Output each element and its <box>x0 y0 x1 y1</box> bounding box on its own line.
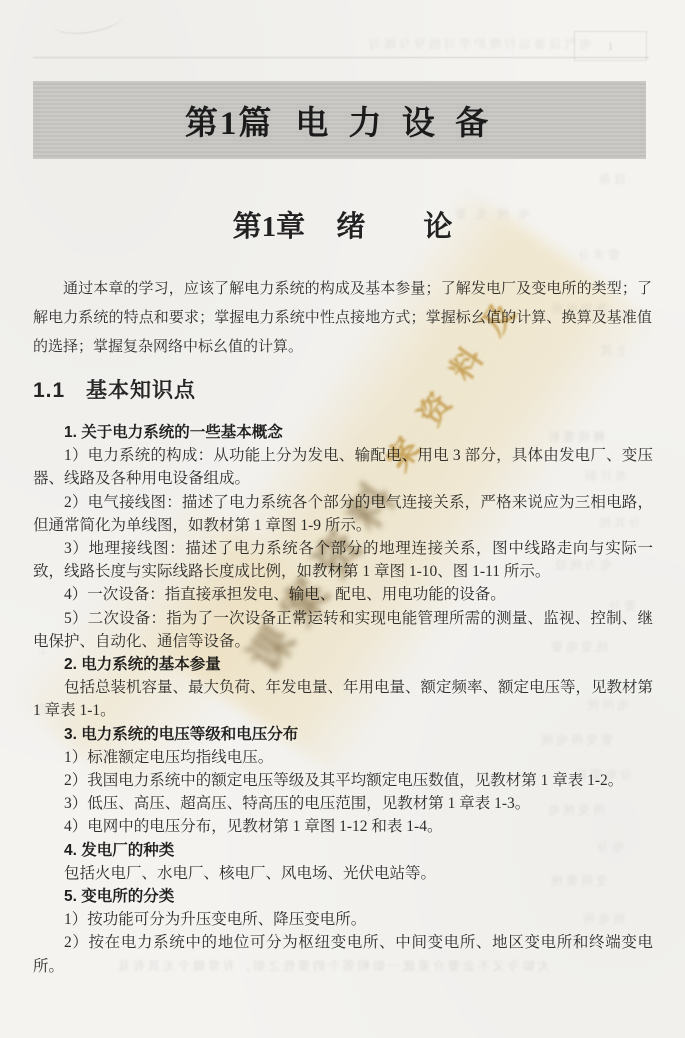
part-title: 电 力 设 备 <box>295 97 494 144</box>
kp-item: 1）电力系统的构成：从功能上分为发电、输配电、用电 3 部分，具体由发电厂、变压… <box>33 444 653 490</box>
kp-heading: 1. 关于电力系统的一些基本概念 <box>33 421 653 444</box>
kp-item: 包括总装机容量、最大负荷、年发电量、年用电量、额定频率、额定电压等，见教材第 1… <box>33 676 653 722</box>
section-number: 1.1 <box>33 379 65 402</box>
part-label: 第1篇 <box>185 97 274 144</box>
kp-item: 4）一次设备：指直接承担发电、输电、配电、用电功能的设备。 <box>33 583 653 606</box>
kp-item: 3）地理接线图：描述了电力系统各个部分的地理连接关系，图中线路走向与实际一致，线… <box>33 537 653 583</box>
kp-item: 2）我国电力系统中的额定电压等级及其平均额定电压数值，见教材第 1 章表 1-2… <box>33 769 653 792</box>
chapter-title: 绪 论 <box>336 211 452 243</box>
knowledge-points: 1. 关于电力系统的一些基本概念 1）电力系统的构成：从功能上分为发电、输配电、… <box>33 421 653 978</box>
chapter-heading: 第1章 绪 论 <box>0 204 685 245</box>
kp-item: 2）按在电力系统中的地位可分为枢纽变电所、中间变电所、地区变电所和终端变电所。 <box>33 931 653 977</box>
section-title: 基本知识点 <box>86 379 196 402</box>
kp-heading: 3. 电力系统的电压等级和电压分布 <box>33 723 653 746</box>
kp-item: 1）按功能可分为升压变电所、降压变电所。 <box>33 908 653 931</box>
scanned-book-page: 1 电气设备运行维护学习指导与练习设备电 统 支 要要求分备用电所主其概统要析类… <box>0 0 685 1038</box>
part-banner: 第1篇 电 力 设 备 <box>33 81 646 159</box>
chapter-label: 第1章 <box>233 211 306 243</box>
kp-item: 2）电气接线图：描述了电力系统各个部分的电气连接关系，严格来说应为三相电路，但通… <box>33 491 653 537</box>
kp-item: 3）低压、高压、超高压、特高压的电压范围，见教材第 1 章表 1-3。 <box>33 792 653 815</box>
printed-content: 第1篇 电 力 设 备 第1章 绪 论 通过本章的学习，应该了解电力系统的构成及… <box>0 0 685 1038</box>
kp-item: 1）标准额定电压均指线电压。 <box>33 746 653 769</box>
section-heading: 1.1 基本知识点 <box>33 374 196 404</box>
kp-heading: 4. 发电厂的种类 <box>33 839 653 862</box>
kp-item: 5）二次设备：指为了一次设备正常运转和实现电能管理所需的测量、监视、控制、继电保… <box>33 607 653 653</box>
kp-heading: 5. 变电所的分类 <box>33 885 653 908</box>
kp-item: 包括火电厂、水电厂、核电厂、风电场、光伏电站等。 <box>33 862 653 885</box>
kp-item: 4）电网中的电压分布，见教材第 1 章图 1-12 和表 1-4。 <box>33 815 653 838</box>
kp-heading: 2. 电力系统的基本参量 <box>33 653 653 676</box>
intro-paragraph: 通过本章的学习，应该了解电力系统的构成及基本参量；了解发电厂及变电所的类型；了解… <box>33 275 652 362</box>
